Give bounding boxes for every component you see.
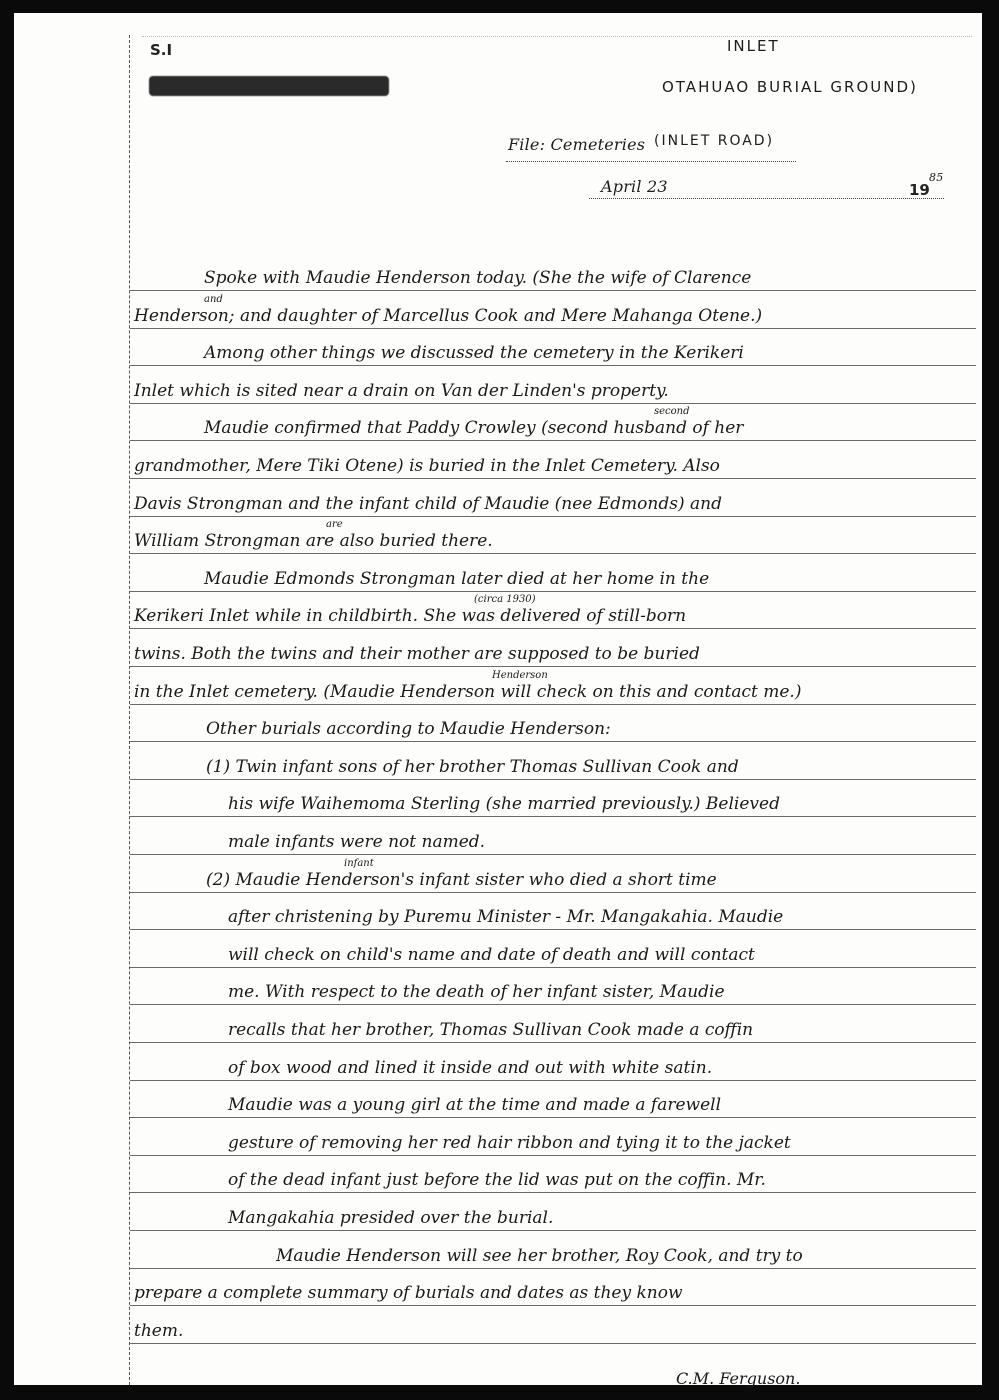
date-field-underline xyxy=(589,198,944,199)
handwritten-insertion: (circa 1930) xyxy=(474,594,536,605)
ruled-line xyxy=(130,1004,976,1005)
handwritten-insertion: Henderson xyxy=(492,670,548,681)
handwritten-line: them. xyxy=(134,1321,183,1341)
handwritten-line: Other burials according to Maudie Hender… xyxy=(206,719,611,739)
handwritten-line: Maudie Henderson will see her brother, R… xyxy=(276,1246,803,1266)
document-page: S.I INLET OTAHUAO BURIAL GROUND) File: C… xyxy=(14,13,982,1385)
ruled-line xyxy=(130,365,976,366)
ruled-line xyxy=(130,1080,976,1081)
handwritten-line: Kerikeri Inlet while in childbirth. She … xyxy=(134,606,686,626)
ruled-line xyxy=(130,1042,976,1043)
handwritten-line: Among other things we discussed the ceme… xyxy=(204,343,744,363)
redacted-header xyxy=(149,76,389,96)
signature: C.M. Ferguson. xyxy=(676,1369,800,1388)
handwritten-line: of box wood and lined it inside and out … xyxy=(228,1058,712,1078)
handwritten-line: in the Inlet cemetery. (Maudie Henderson… xyxy=(134,682,801,702)
handwritten-line: male infants were not named. xyxy=(228,832,485,852)
ruled-line xyxy=(130,1155,976,1156)
left-margin-line xyxy=(129,35,130,1385)
handwritten-line: (2) Maudie Henderson's infant sister who… xyxy=(206,870,717,890)
handwritten-line: twins. Both the twins and their mother a… xyxy=(134,644,700,664)
handwritten-line: of the dead infant just before the lid w… xyxy=(228,1170,766,1190)
handwritten-line: Mangakahia presided over the burial. xyxy=(228,1208,553,1228)
section-code: S.I xyxy=(150,41,172,59)
ruled-line xyxy=(130,892,976,893)
ruled-line xyxy=(130,1305,976,1306)
ruled-line xyxy=(130,704,976,705)
handwritten-line: Maudie was a young girl at the time and … xyxy=(228,1095,721,1115)
file-field-underline xyxy=(506,161,796,162)
ruled-line xyxy=(130,553,976,554)
handwritten-line: grandmother, Mere Tiki Otene) is buried … xyxy=(134,456,720,476)
ruled-line xyxy=(130,1268,976,1269)
ruled-line xyxy=(130,1343,976,1344)
ruled-line xyxy=(130,854,976,855)
ruled-line xyxy=(130,403,976,404)
ruled-line xyxy=(130,967,976,968)
top-edge-speckle xyxy=(142,36,972,40)
handwritten-line: me. With respect to the death of her inf… xyxy=(228,982,725,1002)
ruled-line xyxy=(130,440,976,441)
ruled-line xyxy=(130,741,976,742)
ruled-line xyxy=(130,1230,976,1231)
ruled-line xyxy=(130,478,976,479)
handwritten-line: Henderson; and daughter of Marcellus Coo… xyxy=(134,306,762,326)
handwritten-insertion: and xyxy=(204,294,223,305)
ruled-line xyxy=(130,328,976,329)
ruled-line xyxy=(130,666,976,667)
ruled-line xyxy=(130,1192,976,1193)
handwritten-insertion: second xyxy=(654,406,690,417)
date-month-day: April 23 xyxy=(601,177,668,196)
handwritten-line: recalls that her brother, Thomas Sulliva… xyxy=(228,1020,753,1040)
ruled-line xyxy=(130,516,976,517)
handwritten-line: (1) Twin infant sons of her brother Thom… xyxy=(206,757,739,777)
handwritten-insertion: infant xyxy=(344,858,374,869)
ruled-line xyxy=(130,628,976,629)
handwritten-line: his wife Waihemoma Sterling (she married… xyxy=(228,794,780,814)
handwritten-line: Maudie Edmonds Strongman later died at h… xyxy=(204,569,709,589)
handwritten-line: Davis Strongman and the infant child of … xyxy=(134,494,722,514)
ruled-line xyxy=(130,779,976,780)
handwritten-line: Spoke with Maudie Henderson today. (She … xyxy=(204,268,751,288)
handwritten-line: gesture of removing her red hair ribbon … xyxy=(228,1133,791,1153)
file-label: File: Cemeteries xyxy=(508,135,645,154)
handwritten-insertion: are xyxy=(326,519,343,530)
handwritten-line: William Strongman are also buried there. xyxy=(134,531,493,551)
top-note-line2: OTAHUAO BURIAL GROUND) xyxy=(662,78,918,96)
handwritten-line: Maudie confirmed that Paddy Crowley (sec… xyxy=(204,418,743,438)
ruled-line xyxy=(130,290,976,291)
handwritten-line: will check on child's name and date of d… xyxy=(228,945,755,965)
date-year-suffix: 85 xyxy=(929,171,943,184)
ruled-line xyxy=(130,929,976,930)
handwritten-line: prepare a complete summary of burials an… xyxy=(134,1283,683,1303)
top-note-line1: INLET xyxy=(727,37,780,55)
ruled-line xyxy=(130,816,976,817)
ruled-line xyxy=(130,591,976,592)
handwritten-line: Inlet which is sited near a drain on Van… xyxy=(134,381,669,401)
file-subject: (INLET ROAD) xyxy=(654,133,774,149)
handwritten-line: after christening by Puremu Minister - M… xyxy=(228,907,783,927)
ruled-line xyxy=(130,1117,976,1118)
date-year-prefix: 19 xyxy=(909,181,930,199)
